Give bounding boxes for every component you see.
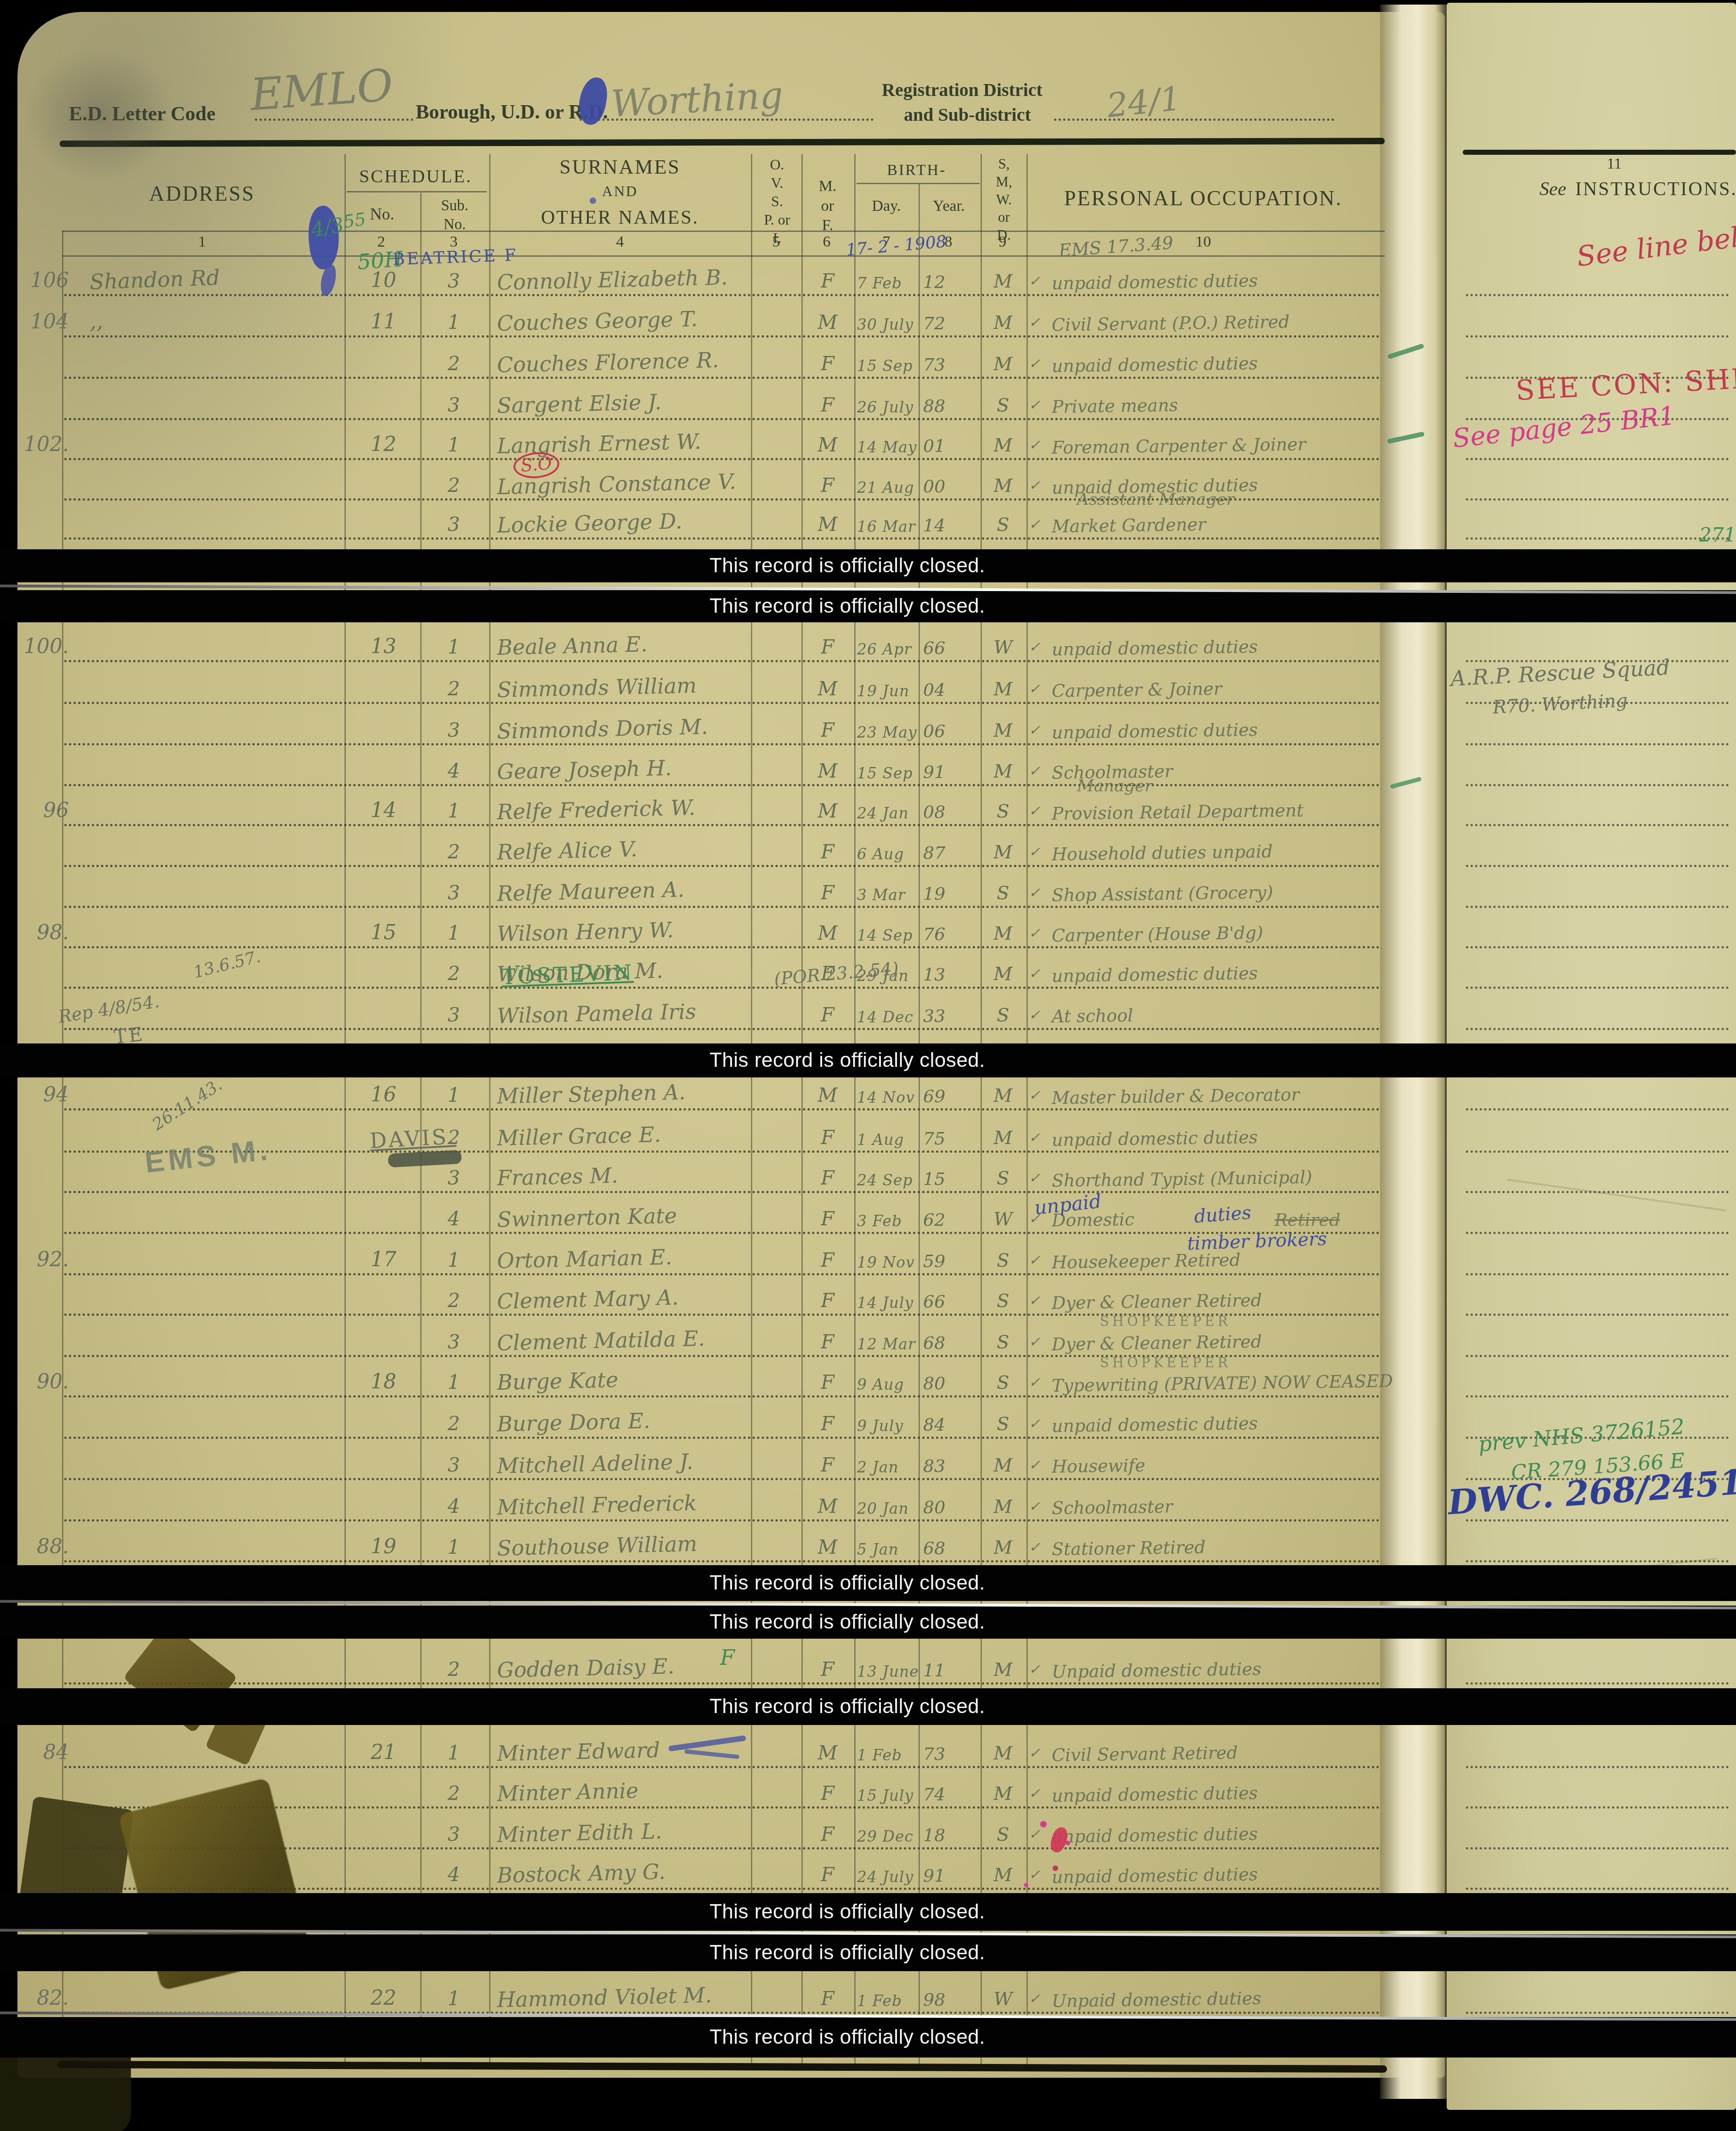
- smudge: [23, 48, 175, 181]
- col-birth: BIRTH-: [887, 162, 946, 179]
- occupation-value: Carpenter (House B'dg): [1052, 923, 1263, 946]
- occupation-value: Private means: [1052, 395, 1178, 417]
- col-year: Year.: [933, 197, 964, 215]
- register-row: 3Mitchell Adeline J.F2 Jan83M✓Housewife: [0, 1438, 1736, 1478]
- person-name: Simmonds William: [496, 673, 697, 702]
- birth-day: 12 Mar: [857, 1335, 916, 1353]
- occupation-value: Market Gardener: [1052, 514, 1206, 537]
- schedule-sub-number: 3: [426, 513, 481, 536]
- birth-day: 3 Mar: [857, 886, 906, 904]
- schedule-sub-number: 1: [426, 800, 481, 822]
- schedule-sub-number: 2: [426, 352, 481, 375]
- row-dotted-line: [64, 537, 1380, 540]
- sex-value: M: [805, 1084, 851, 1106]
- occupation-line-2: Assistant Manager: [1077, 490, 1234, 509]
- occupation-value: Household duties unpaid: [1052, 841, 1273, 865]
- col-num-6: 6: [823, 233, 831, 251]
- tostevin-correction: TOSTEVIN: [501, 960, 634, 989]
- birth-year: 04: [923, 680, 945, 700]
- marital-status: S: [982, 1168, 1024, 1189]
- occupation-value: unpaid domestic duties: [1052, 720, 1258, 743]
- redaction-bar: This record is officially closed.: [0, 1565, 1736, 1601]
- birth-day: 1 Aug: [857, 1131, 904, 1149]
- register-row: 4Swinnerton KateF3 Feb62W✓DomesticRetire…: [0, 1191, 1736, 1232]
- person-name: Minter Edith L.: [496, 1819, 662, 1847]
- check-mark: ✓: [1029, 397, 1040, 413]
- occupation-value: Housewife: [1052, 1455, 1145, 1477]
- person-name: Miller Grace E.: [496, 1122, 661, 1150]
- sex-value: F: [805, 1412, 851, 1435]
- address-number: 90.: [23, 1370, 69, 1393]
- birth-day: 3 Feb: [857, 1212, 902, 1230]
- green-note-55: 55: [342, 209, 367, 232]
- schedule-sub-number: 3: [426, 1330, 481, 1353]
- col-occupation: PERSONAL OCCUPATION.: [1064, 186, 1342, 210]
- check-mark: ✓: [1029, 1293, 1040, 1309]
- birth-day: 14 Sep: [857, 926, 913, 944]
- birth-year: 13: [923, 964, 945, 985]
- marital-status: M: [982, 1865, 1024, 1886]
- sex-value: F: [805, 840, 851, 863]
- birth-day: 14 July: [857, 1294, 913, 1312]
- schedule-number: 18: [349, 1370, 418, 1393]
- marital-status: W: [982, 1989, 1024, 2010]
- birth-day: 20 Jan: [857, 1500, 909, 1517]
- col-num-1: 1: [198, 233, 206, 251]
- birth-year: 80: [923, 1497, 945, 1517]
- row-dotted-line: [64, 1682, 1380, 1685]
- header-rule-right: [1463, 150, 1736, 155]
- register-row: 3Lockie George D.M16 Mar14S✓Market Garde…: [0, 497, 1736, 537]
- sex-value: M: [805, 677, 851, 700]
- person-name: Beale Anna E.: [496, 631, 648, 660]
- birth-day: 14 May: [857, 438, 917, 456]
- person-name: Relfe Alice V.: [496, 837, 637, 865]
- marital-status: S: [982, 1291, 1024, 1312]
- col-num-9: 9: [999, 233, 1007, 251]
- occupation-value: Provision Retail Department: [1052, 800, 1304, 824]
- col-smwd: S, M, W. or D.: [996, 155, 1012, 244]
- check-mark: ✓: [1029, 966, 1040, 982]
- redaction-text: This record is officially closed.: [0, 1695, 1695, 1718]
- register-row: 3Sargent Elsie J.F26 July88S✓Private mea…: [0, 378, 1736, 418]
- person-name: Sargent Elsie J.: [496, 389, 661, 418]
- sex-value: F: [805, 1249, 851, 1271]
- address-number: 106: [23, 269, 69, 292]
- schedule-sub-number: 1: [426, 1536, 481, 1558]
- person-name: Relfe Frederick W.: [496, 795, 695, 824]
- check-mark: ✓: [1029, 722, 1040, 739]
- address-number: 92.: [23, 1248, 69, 1271]
- register-row: 2Godden Daisy E.F13 June11M✓Unpaid domes…: [0, 1642, 1736, 1682]
- marital-status: M: [982, 679, 1024, 700]
- occupation-value: Dyer & Cleaner Retired: [1052, 1290, 1262, 1313]
- sex-value: M: [805, 800, 851, 822]
- sex-value: M: [805, 434, 851, 456]
- schedule-sub-number: 1: [426, 636, 481, 658]
- occupation-value: Schoolmaster: [1052, 1496, 1173, 1518]
- row-dotted-line: [64, 1560, 1380, 1562]
- sex-value: F: [805, 270, 851, 292]
- grid-hline: [62, 231, 1385, 232]
- birth-day: 30 July: [857, 316, 913, 333]
- col-num-10: 10: [1195, 233, 1211, 251]
- schedule-number: 17: [349, 1248, 418, 1271]
- person-name: Lockie George D.: [496, 508, 682, 537]
- marital-status: W: [982, 637, 1024, 658]
- redaction-bar: This record is officially closed.: [0, 1606, 1736, 1639]
- person-name: Simmonds Doris M.: [496, 714, 708, 744]
- person-name: Wilson Henry W.: [496, 918, 674, 947]
- birth-year: 08: [923, 802, 945, 822]
- ed-letter-code-value: EMLO: [248, 59, 395, 120]
- birth-day: 9 July: [857, 1417, 903, 1435]
- schedule-sub-number: 1: [426, 1987, 481, 2010]
- occupation-value: unpaid domestic duties: [1052, 637, 1258, 660]
- person-name: Connolly Elizabeth B.: [496, 265, 727, 294]
- sex-value: F: [805, 474, 851, 496]
- sex-value: F: [805, 1330, 851, 1353]
- person-name: Bostock Amy G.: [496, 1859, 665, 1888]
- birth-year: 73: [923, 1744, 945, 1764]
- address-number: 100.: [23, 635, 69, 658]
- birth-day: 26 Apr: [857, 640, 912, 658]
- birth-year: 83: [923, 1456, 945, 1476]
- schedule-sub-number: 2: [426, 677, 481, 700]
- col-no: No.: [370, 204, 395, 224]
- birth-day: 24 Sep: [857, 1171, 913, 1189]
- check-mark: ✓: [1029, 925, 1040, 941]
- row-dotted-line-right: [1466, 2012, 1729, 2014]
- check-mark: ✓: [1029, 681, 1040, 697]
- check-mark: ✓: [1029, 1499, 1040, 1515]
- birth-day: 1 Feb: [857, 1746, 902, 1764]
- check-mark: ✓: [1029, 1745, 1040, 1761]
- sex-value: F: [805, 352, 851, 375]
- sex-value: F: [805, 1003, 851, 1026]
- marital-status: M: [982, 964, 1024, 985]
- ink-blot-drip: [590, 197, 596, 204]
- marital-status: S: [982, 1005, 1024, 1026]
- sex-value: F: [805, 1987, 851, 2010]
- marital-status: S: [982, 395, 1024, 416]
- check-mark: ✓: [1029, 1170, 1040, 1186]
- schedule-number: 11: [349, 310, 418, 333]
- birth-year: 72: [923, 313, 945, 333]
- marital-status: M: [982, 435, 1024, 456]
- marital-status: S: [982, 801, 1024, 822]
- davis-correction: DAVIS.: [369, 1124, 457, 1153]
- schedule-sub-number: 2: [426, 1658, 481, 1680]
- redaction-bar: This record is officially closed.: [0, 2017, 1736, 2058]
- person-name: Frances M.: [496, 1163, 618, 1190]
- occupation-value: Stationer Retired: [1052, 1537, 1206, 1560]
- register-row: 92.171Orton Marian E.F19 Nov59S✓Housekee…: [0, 1233, 1736, 1273]
- row-dotted-line-right: [1466, 1028, 1729, 1030]
- birth-year: 98: [923, 1990, 945, 2010]
- redaction-text: This record is officially closed.: [0, 554, 1695, 577]
- marital-status: S: [982, 1824, 1024, 1845]
- address-number: 98.: [23, 921, 69, 944]
- check-mark: ✓: [1029, 885, 1040, 901]
- birth-year: 18: [923, 1825, 945, 1845]
- check-mark: ✓: [1029, 1334, 1040, 1350]
- schedule-sub-number: 2: [426, 840, 481, 863]
- check-mark: ✓: [1029, 1457, 1040, 1473]
- occupation-value: Unpaid domestic duties: [1052, 1988, 1262, 2011]
- marital-status: M: [982, 312, 1024, 333]
- marital-status: M: [982, 842, 1024, 863]
- marital-status: M: [982, 923, 1024, 944]
- occupation-value: Typewriting (PRIVATE) NOW CEASED: [1052, 1371, 1393, 1396]
- register-row: 2Burge Dora E.F9 July84S✓unpaid domestic…: [0, 1396, 1736, 1437]
- sex-value: M: [805, 311, 851, 333]
- person-name: Miller Stephen A.: [496, 1079, 686, 1108]
- register-row: 90.181Burge KateF9 Aug80S✓Typewriting (P…: [0, 1355, 1736, 1395]
- occupation-value: Carpenter & Joiner: [1052, 678, 1222, 701]
- sex-value: F: [805, 1207, 851, 1230]
- birth-day: 26 July: [857, 398, 913, 416]
- register-row: 4Geare Joseph H.M15 Sep91M✓Schoolmaster: [0, 744, 1736, 784]
- person-name: Minter Annie: [496, 1778, 638, 1806]
- birth-day: 14 Dec: [857, 1008, 913, 1026]
- occupation-value: Master builder & Decorator: [1052, 1084, 1300, 1108]
- sex-value: M: [805, 760, 851, 782]
- birth-year: 75: [923, 1128, 945, 1149]
- register-row: 82.221Hammond Violet M.F1 Feb98W✓Unpaid …: [0, 1971, 1736, 2012]
- birth-day: 19 Nov: [857, 1253, 915, 1271]
- person-name: Couches George T.: [496, 306, 698, 336]
- row-dotted-line-right: [1466, 1888, 1729, 1890]
- register-row: 3Relfe Maureen A.F3 Mar19S✓Shop Assistan…: [0, 865, 1736, 906]
- person-name: Godden Daisy E.: [496, 1654, 674, 1683]
- marital-status: S: [982, 1250, 1024, 1271]
- sex-value: M: [805, 1742, 851, 1764]
- check-mark: ✓: [1029, 1416, 1040, 1432]
- occupation-value: Dyer & Cleaner Retired: [1052, 1331, 1262, 1354]
- schedule-sub-number: 2: [426, 962, 481, 985]
- pink-splatter: [1040, 1821, 1047, 1827]
- check-mark: ✓: [1029, 1088, 1040, 1104]
- birth-year: 91: [923, 762, 945, 782]
- birth-day: 23 May: [857, 723, 917, 741]
- redaction-bar: This record is officially closed.: [0, 1043, 1736, 1077]
- birth-day: 15 Sep: [857, 357, 913, 375]
- address-number: 102.: [23, 433, 69, 456]
- register-row: 96141Relfe Frederick W.M24 Jan08S✓Provis…: [0, 784, 1736, 824]
- sex-value: F: [805, 1371, 851, 1393]
- marital-status: M: [982, 1537, 1024, 1558]
- schedule-sub-number: 3: [426, 1003, 481, 1026]
- redaction-bar: This record is officially closed.: [0, 590, 1736, 622]
- marital-status: S: [982, 1372, 1024, 1393]
- borough-value: Worthing: [610, 73, 784, 125]
- check-mark: ✓: [1029, 478, 1040, 494]
- birth-year: 80: [923, 1373, 945, 1393]
- register-row: 2Relfe Alice V.F6 Aug87M✓Household dutie…: [0, 824, 1736, 865]
- col-other-names: OTHER NAMES.: [541, 207, 699, 229]
- schedule-sub-number: 2: [426, 1412, 481, 1435]
- birth-year: 87: [923, 843, 945, 863]
- birth-year: 73: [923, 355, 945, 375]
- person-name: Mitchell Adeline J.: [496, 1449, 693, 1478]
- schedule-number: 22: [349, 1986, 418, 2010]
- marital-status: M: [982, 354, 1024, 375]
- check-mark: ✓: [1029, 1991, 1040, 2007]
- row-dotted-line-right: [1466, 1682, 1729, 1685]
- person-name: Geare Joseph H.: [496, 755, 672, 784]
- reg-district-label-1: Registration District: [882, 79, 1043, 101]
- marital-status: M: [982, 1128, 1024, 1149]
- sex-value: F: [805, 1823, 851, 1845]
- birth-day: 9 Aug: [857, 1376, 904, 1393]
- sex-value: F: [805, 1126, 851, 1149]
- person-name: Orton Marian E.: [496, 1245, 672, 1274]
- person-name: Wilson Pamela Iris: [496, 999, 696, 1028]
- marital-status: S: [982, 514, 1024, 536]
- redaction-bar: This record is officially closed.: [0, 549, 1736, 582]
- sex-value: M: [805, 513, 851, 536]
- schedule-sub-number: 1: [426, 1249, 481, 1271]
- redaction-text: This record is officially closed.: [0, 595, 1695, 618]
- sex-value: F: [805, 1289, 851, 1312]
- birth-day: 7 Feb: [857, 274, 902, 292]
- birth-day: 15 Sep: [857, 764, 913, 782]
- schedule-number: 19: [349, 1535, 418, 1558]
- check-mark: ✓: [1029, 437, 1040, 453]
- occupation-line-2: Manager: [1077, 777, 1153, 795]
- schedule-number: 14: [349, 799, 418, 822]
- redaction-text: This record is officially closed.: [0, 1611, 1695, 1634]
- birth-day: 16 Mar: [857, 518, 916, 536]
- schedule-sub-number: 1: [426, 434, 481, 456]
- reg-district-label-2: and Sub-district: [904, 104, 1031, 125]
- register-row: 106Shandon Rd103Connolly Elizabeth B.F7 …: [0, 254, 1736, 294]
- register-row: 2Couches Florence R.F15 Sep73M✓unpaid do…: [0, 336, 1736, 377]
- birth-year: 66: [923, 638, 945, 658]
- birth-day: 14 Nov: [857, 1088, 915, 1106]
- occupation-value: unpaid domestic duties: [1052, 1413, 1258, 1436]
- birth-year: 88: [923, 396, 945, 416]
- sex-value: F: [805, 1454, 851, 1476]
- address-number: 94: [23, 1083, 69, 1106]
- check-mark: ✓: [1029, 1662, 1040, 1678]
- marital-status: M: [982, 1783, 1024, 1804]
- schedule-sub-number: 3: [426, 719, 481, 741]
- redaction-bar: This record is officially closed.: [0, 1688, 1736, 1725]
- marital-status: M: [982, 1455, 1024, 1476]
- check-mark: ✓: [1029, 356, 1040, 372]
- header-dotted-line: [255, 118, 413, 121]
- birth-year: 59: [923, 1251, 945, 1271]
- row-dotted-line-right: [1466, 537, 1729, 540]
- marital-status: W: [982, 1209, 1024, 1230]
- pink-splatter: [1024, 1883, 1028, 1887]
- schedule-sub-number: 3: [426, 881, 481, 904]
- schedule-sub-number: 4: [426, 1495, 481, 1517]
- register-row: 2Langrish Constance V.F21 Aug00M✓unpaid …: [0, 458, 1736, 498]
- redaction-bar: This record is officially closed.: [0, 1893, 1736, 1931]
- person-name: Southouse William: [496, 1531, 697, 1561]
- occupation-value: Unpaid domestic duties: [1052, 1659, 1262, 1682]
- col-num-11: 11: [1607, 155, 1622, 173]
- birth-year: 69: [923, 1086, 945, 1106]
- green-271-fragment: 271: [1699, 524, 1736, 546]
- redaction-text: This record is officially closed.: [0, 2026, 1695, 2049]
- check-mark: ✓: [1029, 1867, 1040, 1883]
- schedule-number: 15: [349, 921, 418, 944]
- marital-status: M: [982, 1659, 1024, 1680]
- person-name: Relfe Maureen A.: [496, 877, 684, 906]
- occupation-value: unpaid domestic duties: [1052, 1127, 1258, 1150]
- address-number: 88.: [23, 1535, 69, 1558]
- col-m-or-f: M. or F.: [819, 177, 837, 236]
- register-row: 100.131Beale Anna E.F26 Apr66W✓unpaid do…: [0, 620, 1736, 660]
- marital-status: S: [982, 1332, 1024, 1353]
- birth-year: 19: [923, 884, 945, 904]
- schedule-sub-number: 1: [426, 1742, 481, 1764]
- sex-value: F: [805, 394, 851, 416]
- col-instructions: INSTRUCTIONS.: [1575, 178, 1736, 200]
- sex-value: M: [805, 1495, 851, 1517]
- check-mark: ✓: [1029, 315, 1040, 331]
- sex-value: F: [805, 636, 851, 658]
- birth-year: 91: [923, 1866, 945, 1886]
- address-number: 84: [23, 1741, 69, 1764]
- col-see: See: [1539, 178, 1566, 200]
- check-mark: ✓: [1029, 1827, 1040, 1843]
- redaction-text: This record is officially closed.: [0, 1572, 1695, 1595]
- schedule-sub-number: 4: [426, 1863, 481, 1886]
- birth-day: 19 Jun: [857, 682, 909, 700]
- occupation-value: unpaid domestic duties: [1052, 1783, 1258, 1806]
- birth-year: 84: [923, 1415, 945, 1435]
- occupation-struck: Retired: [1274, 1210, 1341, 1230]
- marital-status: M: [982, 1496, 1024, 1517]
- row-dotted-line: [64, 1028, 1380, 1030]
- birth-day: 2 Jan: [857, 1458, 899, 1476]
- address-number: 96: [23, 799, 69, 822]
- scan-root: { "header": { "ed_letter_code_label": "E…: [0, 0, 1736, 2131]
- person-name: Minter Edward: [496, 1737, 660, 1766]
- col-sub-no: Sub. No.: [441, 197, 468, 235]
- schedule-sub-number: 3: [426, 270, 481, 292]
- birth-underline: [857, 183, 980, 184]
- check-mark: ✓: [1029, 1539, 1040, 1556]
- schedule-sub-number: 3: [426, 1454, 481, 1476]
- address-number: 104: [23, 310, 69, 333]
- check-mark: ✓: [1029, 763, 1040, 779]
- col-num-4: 4: [616, 233, 624, 251]
- sex-value: F: [805, 1658, 851, 1680]
- schedule-sub-number: 2: [426, 1289, 481, 1312]
- schedule-sub-number: 1: [426, 1084, 481, 1106]
- check-mark: ✓: [1029, 1130, 1040, 1146]
- birth-year: 74: [923, 1784, 945, 1804]
- register-row: 3Wilson Pamela IrisF14 Dec33S✓At school: [0, 987, 1736, 1028]
- occupation-value: unpaid domestic duties: [1052, 1824, 1258, 1847]
- marital-status: S: [982, 883, 1024, 904]
- sex-value: M: [805, 922, 851, 944]
- address-value: ,,: [89, 309, 103, 334]
- schedule-sub-number: 4: [426, 1207, 481, 1230]
- birth-year: 62: [923, 1210, 945, 1230]
- marital-status: M: [982, 1743, 1024, 1764]
- schedule-sub-number: 3: [426, 1823, 481, 1845]
- address-number: 82.: [23, 1986, 69, 2010]
- occupation-value: unpaid domestic duties: [1052, 1864, 1258, 1887]
- schedule-number: 12: [349, 433, 418, 456]
